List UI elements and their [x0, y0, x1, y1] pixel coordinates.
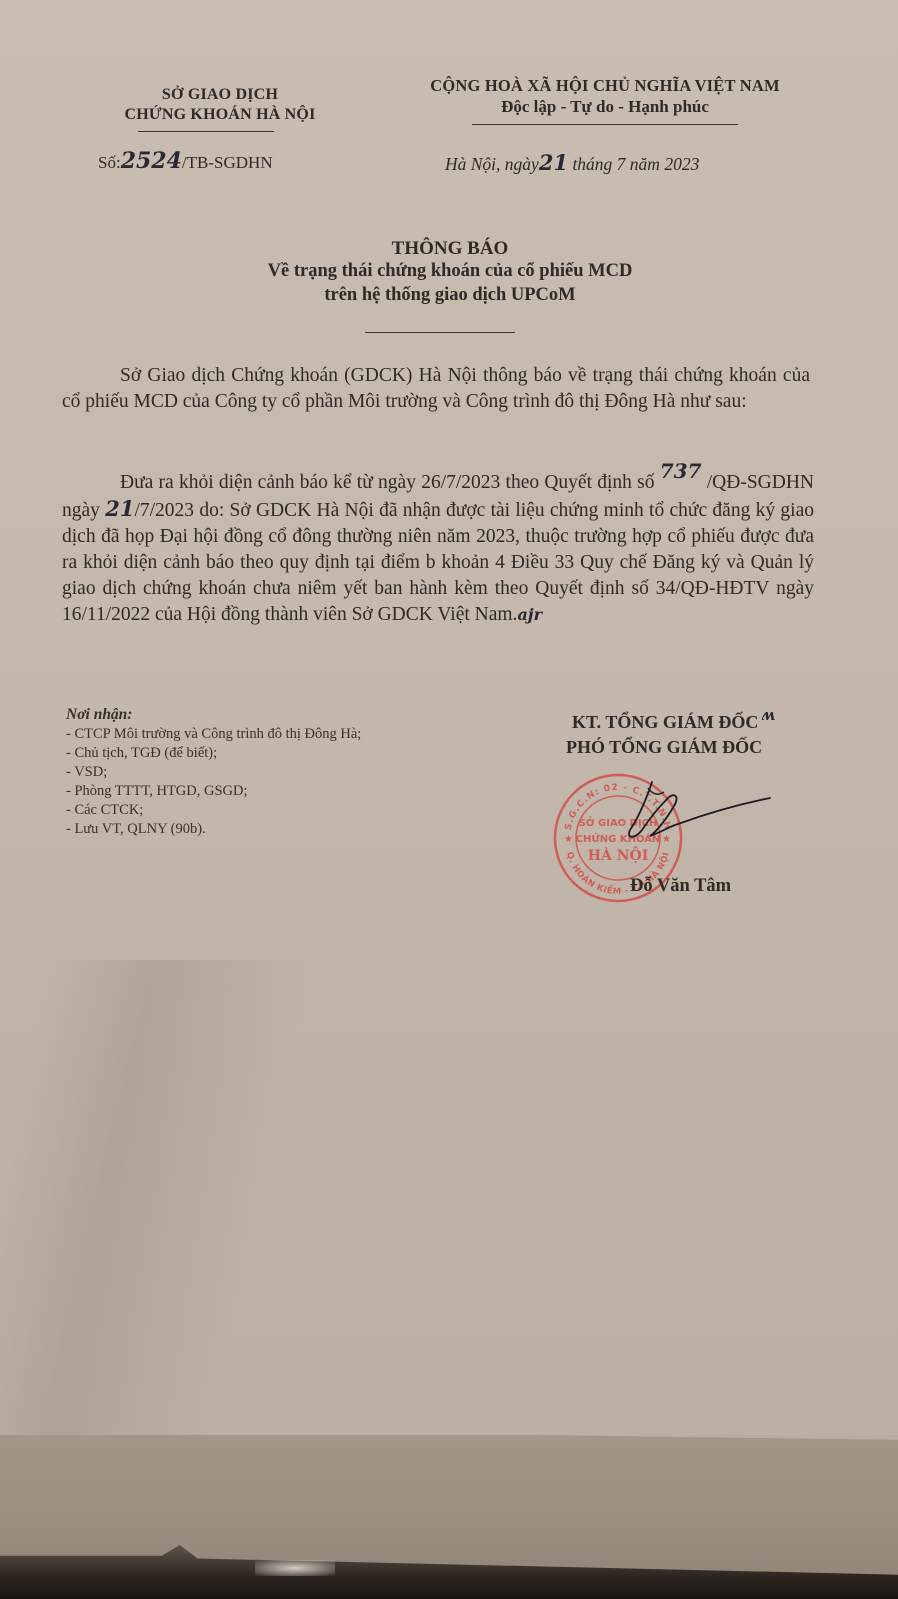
notice-heading: THÔNG BÁO — [300, 238, 600, 260]
recipient-item: - Các CTCK; — [66, 801, 466, 820]
notice-subtitle-line2: trên hệ thống giao dịch UPCoM — [150, 285, 750, 306]
paragraph2-part3: /7/2023 do: Sở GDCK Hà Nội đã nhận được … — [62, 500, 814, 625]
svg-text:★: ★ — [564, 834, 573, 845]
signature-title-text: KT. TỔNG GIÁM ĐỐC — [572, 712, 758, 732]
notice-subtitle-line1: Về trạng thái chứng khoán của cổ phiếu M… — [150, 261, 750, 282]
signature-title-line2: PHÓ TỔNG GIÁM ĐỐC — [566, 737, 762, 758]
table-glare — [255, 1560, 335, 1576]
doc-number-suffix: /TB-SGDHN — [182, 153, 273, 172]
recipient-item: - Chủ tịch, TGĐ (để biết); — [66, 744, 466, 763]
body-paragraph-2: Đưa ra khỏi diện cảnh báo kể từ ngày 26/… — [62, 468, 814, 628]
handwritten-signature-icon — [590, 770, 790, 860]
recipients-label: Nơi nhận: — [66, 705, 466, 724]
recipient-item: - Lưu VT, QLNY (90b). — [66, 820, 466, 839]
date-suffix: tháng 7 năm 2023 — [568, 154, 699, 174]
national-motto: Độc lập - Tự do - Hạnh phúc — [440, 97, 770, 117]
doc-number-handwritten: 2524 — [121, 148, 182, 174]
document-date: Hà Nội, ngày21 tháng 7 năm 2023 — [445, 150, 699, 175]
document-number: Số:2524/TB-SGDHN — [98, 148, 273, 174]
date-prefix: Hà Nội, ngày — [445, 154, 539, 174]
doc-number-prefix: Số: — [98, 153, 121, 172]
recipient-item: - Phòng TTTT, HTGD, GSGD; — [66, 782, 466, 801]
org-name-line1: SỞ GIAO DỊCH — [90, 86, 350, 104]
signer-name: Đỗ Văn Tâm — [630, 876, 731, 897]
body-paragraph-1: Sở Giao dịch Chứng khoán (GDCK) Hà Nội t… — [62, 363, 810, 415]
motto-underline — [472, 124, 738, 125]
recipient-item: - CTCP Môi trường và Công trình đô thị Đ… — [66, 725, 466, 744]
recipient-item: - VSD; — [66, 763, 466, 782]
decision-day-handwritten: 21 — [105, 496, 134, 521]
signature-title-line1: KT. TỔNG GIÁM ĐỐCʍ — [572, 712, 774, 733]
date-day-handwritten: 21 — [539, 150, 568, 175]
signature-initial-handwritten: ʍ — [761, 706, 774, 724]
recipients-block: Nơi nhận: - CTCP Môi trường và Công trìn… — [66, 705, 466, 839]
title-underline — [365, 332, 515, 333]
org-underline — [138, 131, 274, 132]
org-name-line2: CHỨNG KHOÁN HÀ NỘI — [80, 106, 360, 124]
paragraph2-part1: Đưa ra khỏi diện cảnh báo kể từ ngày 26/… — [120, 472, 655, 493]
nation-name: CỘNG HOÀ XÃ HỘI CHỦ NGHĨA VIỆT NAM — [385, 76, 825, 96]
initials-handwritten: ajr — [517, 605, 542, 624]
decision-number-handwritten: 737 — [660, 459, 702, 483]
